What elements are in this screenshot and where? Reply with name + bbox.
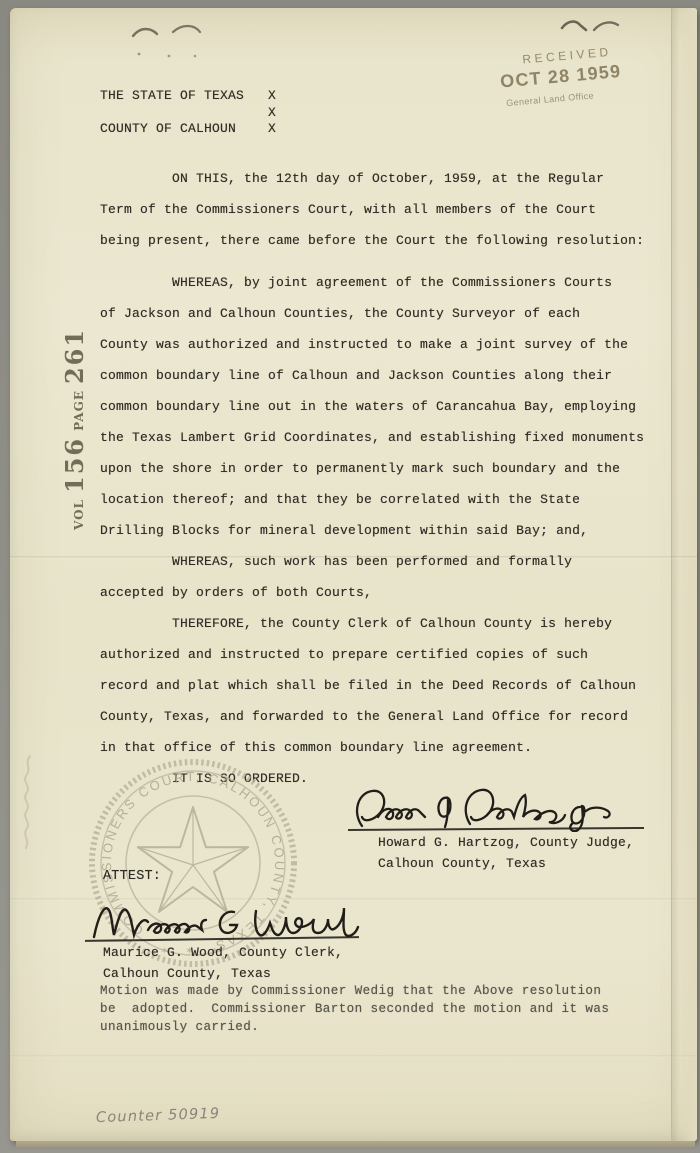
faint-pencil-annotation [10, 748, 44, 858]
text-line: WHEREAS, by joint agreement of the Commi… [100, 267, 675, 298]
text-line: record and plat which shall be filed in … [100, 670, 675, 701]
text-line: upon the shore in order to permanently m… [100, 453, 675, 484]
text-line: Term of the Commissioners Court, with al… [100, 194, 675, 225]
text-line: ON THIS, the 12th day of October, 1959, … [100, 163, 675, 194]
vol-number: 156 [60, 437, 89, 493]
clerk-county-line: Calhoun County, Texas [103, 964, 343, 985]
judge-typed-name: Howard G. Hartzog, County Judge, Calhoun… [378, 833, 634, 874]
document-heading: THE STATE OF TEXAS X XCOUNTY OF CALHOUN … [100, 88, 276, 138]
text-line: County, Texas, and forwarded to the Gene… [100, 701, 675, 732]
judge-county-line: Calhoun County, Texas [378, 854, 634, 875]
text-line: Drilling Blocks for mineral development … [100, 515, 675, 546]
vol-label: VOL [72, 499, 86, 530]
text-line: COUNTY OF CALHOUN X [100, 121, 276, 138]
clerk-name-line: Maurice G. Wood, County Clerk, [103, 943, 343, 964]
text-line: County was authorized and instructed to … [100, 329, 675, 360]
text-line: being present, there came before the Cou… [100, 225, 675, 256]
attest-label: ATTEST: [103, 869, 161, 884]
text-line: the Texas Lambert Grid Coordinates, and … [100, 422, 675, 453]
text-line: authorized and instructed to prepare cer… [100, 639, 675, 670]
page-number: 261 [60, 328, 89, 384]
paper-bottom-edge [16, 1141, 695, 1147]
fold-crease [10, 1055, 697, 1058]
judge-signature-script [348, 780, 648, 832]
document-body: ON THIS, the 12th day of October, 1959, … [100, 163, 675, 794]
text-line: X [100, 105, 276, 122]
vol-page-stamp: VOL 156 PAGE 261 [60, 362, 106, 530]
text-line: location thereof; and that they be corre… [100, 484, 675, 515]
text-line: common boundary line out in the waters o… [100, 391, 675, 422]
judge-name-line: Howard G. Hartzog, County Judge, [378, 833, 634, 854]
clerk-typed-name: Maurice G. Wood, County Clerk, Calhoun C… [103, 943, 343, 984]
text-line: Motion was made by Commissioner Wedig th… [100, 982, 660, 1000]
text-line: common boundary line of Calhoun and Jack… [100, 360, 675, 391]
text-line: THE STATE OF TEXAS X [100, 88, 276, 105]
ink-marks-top-left [125, 18, 225, 62]
text-line: unanimously carried. [100, 1018, 660, 1036]
ink-marks-top-right [556, 12, 628, 44]
motion-paragraph: Motion was made by Commissioner Wedig th… [100, 982, 660, 1037]
text-line: of Jackson and Calhoun Counties, the Cou… [100, 298, 675, 329]
body-paragraph-2: WHEREAS, by joint agreement of the Commi… [100, 267, 675, 794]
text-line: WHEREAS, such work has been performed an… [100, 546, 675, 577]
text-line: accepted by orders of both Courts, [100, 577, 675, 608]
body-paragraph-1: ON THIS, the 12th day of October, 1959, … [100, 163, 675, 256]
text-line: THEREFORE, the County Clerk of Calhoun C… [100, 608, 675, 639]
page-label: PAGE [72, 390, 86, 431]
text-line: be adopted. Commissioner Barton seconded… [100, 1000, 660, 1018]
